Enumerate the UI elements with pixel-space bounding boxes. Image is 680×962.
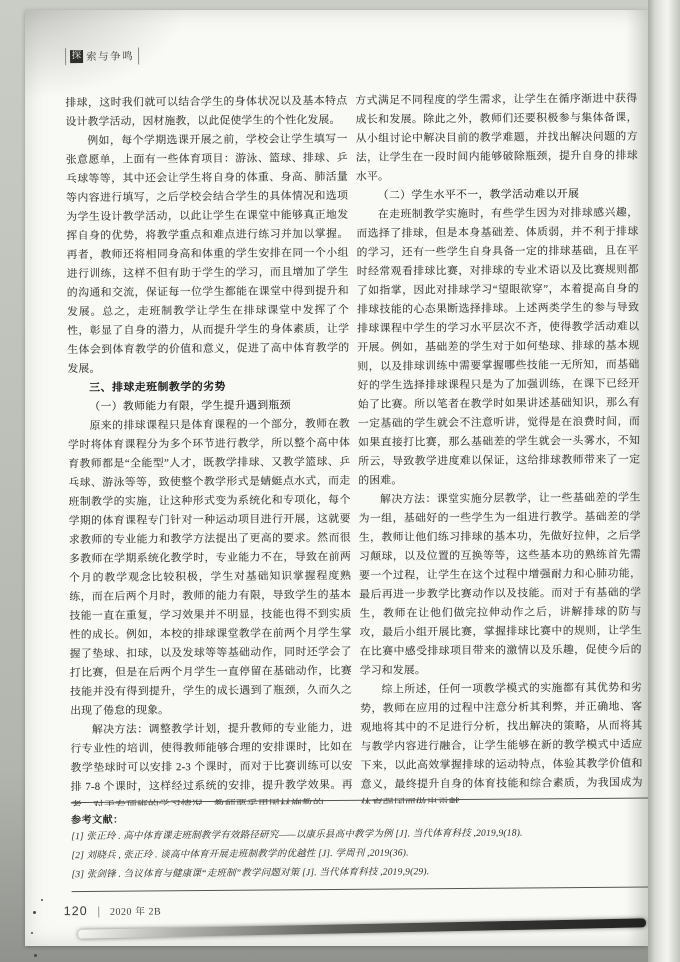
next-page-edge: [648, 0, 680, 962]
scan-dust-speck: [34, 954, 37, 957]
paragraph: 在走班制教学实施时，有些学生因为对排球感兴趣，而选择了排球，但是本身基础差、体质…: [356, 204, 640, 491]
scanned-page-background: 探 索与争鸣 排球，这时我们就可以结合学生的身体状况以及基本特点设计教学活动，因…: [0, 0, 680, 962]
section-heading: 三、排球走班制教学的劣势: [68, 377, 350, 398]
subsection-heading: （二）学生水平不一，教学活动难以开展: [356, 185, 638, 206]
issue-label: 2020 年 2B: [110, 902, 161, 917]
page-footer: 120 | 2020 年 2B: [64, 902, 162, 919]
paragraph: 解决方法：课堂实施分层教学，让一些基础差的学生为一组，基础好的一些学生为一组进行…: [358, 489, 641, 681]
article-body: 排球，这时我们就可以结合学生的身体状况以及基本特点设计教学活动，因材施教，以此促…: [65, 90, 643, 806]
paragraph: 例如，每个学期选课开展之前，学校会让学生填写一张意愿单，上面有一些体育项目：游泳…: [66, 130, 350, 379]
subsection-heading: （一）教师能力有限，学生提升遇到瓶颈: [68, 396, 350, 417]
references-title: 参考文献：: [71, 807, 649, 827]
paragraph: 解决方法：调整教学计划，提升教师的专业能力，进行专业性的培训，使得教师能够合理的…: [70, 719, 353, 806]
badge-label: 索与争鸣: [86, 49, 134, 64]
badge-char-box: 探: [70, 50, 83, 63]
column-header-badge: 探 索与争鸣: [65, 48, 139, 66]
reference-item: [3] 张剑锋 . 刍议体育与健康课“走班制”教学问题对策 [J]. 当代体育科…: [71, 862, 649, 886]
page-number: 120: [64, 904, 88, 918]
scan-dust-speck: [33, 911, 36, 914]
paragraph-continued: 排球，这时我们就可以结合学生的身体状况以及基本特点设计教学活动，因材施教，以此促…: [65, 92, 347, 132]
references-block: 参考文献： [1] 张正玲 . 高中体育课走班制教学有效路径研究——以康乐县高中…: [71, 798, 650, 893]
paragraph: 综上所述，任何一项教学模式的实施都有其优势和劣势，教师在应用的过程中注意分析其利…: [360, 679, 643, 806]
paragraph-continued: 方式满足不同程度的学生需求，让学生在循序渐进中获得成长和发展。除此之外，教师们还…: [355, 90, 638, 187]
footer-separator: |: [98, 904, 101, 919]
page-content: 探 索与争鸣 排球，这时我们就可以结合学生的身体状况以及基本特点设计教学活动，因…: [22, 8, 652, 949]
scan-dust-speck: [31, 932, 33, 934]
paragraph: 原来的排球课程只是体育课程的一个部分，教师在教学时将体育课程分为多个环节进行教学…: [68, 415, 352, 721]
left-column: 排球，这时我们就可以结合学生的身体状况以及基本特点设计教学活动，因材施教，以此促…: [65, 92, 353, 806]
page-sheet: 探 索与争鸣 排球，这时我们就可以结合学生的身体状况以及基本特点设计教学活动，因…: [25, 10, 648, 946]
right-column: 方式满足不同程度的学生需求，让学生在循序渐进中获得成长和发展。除此之外，教师们还…: [355, 90, 643, 804]
scan-dust-speck: [41, 899, 43, 901]
